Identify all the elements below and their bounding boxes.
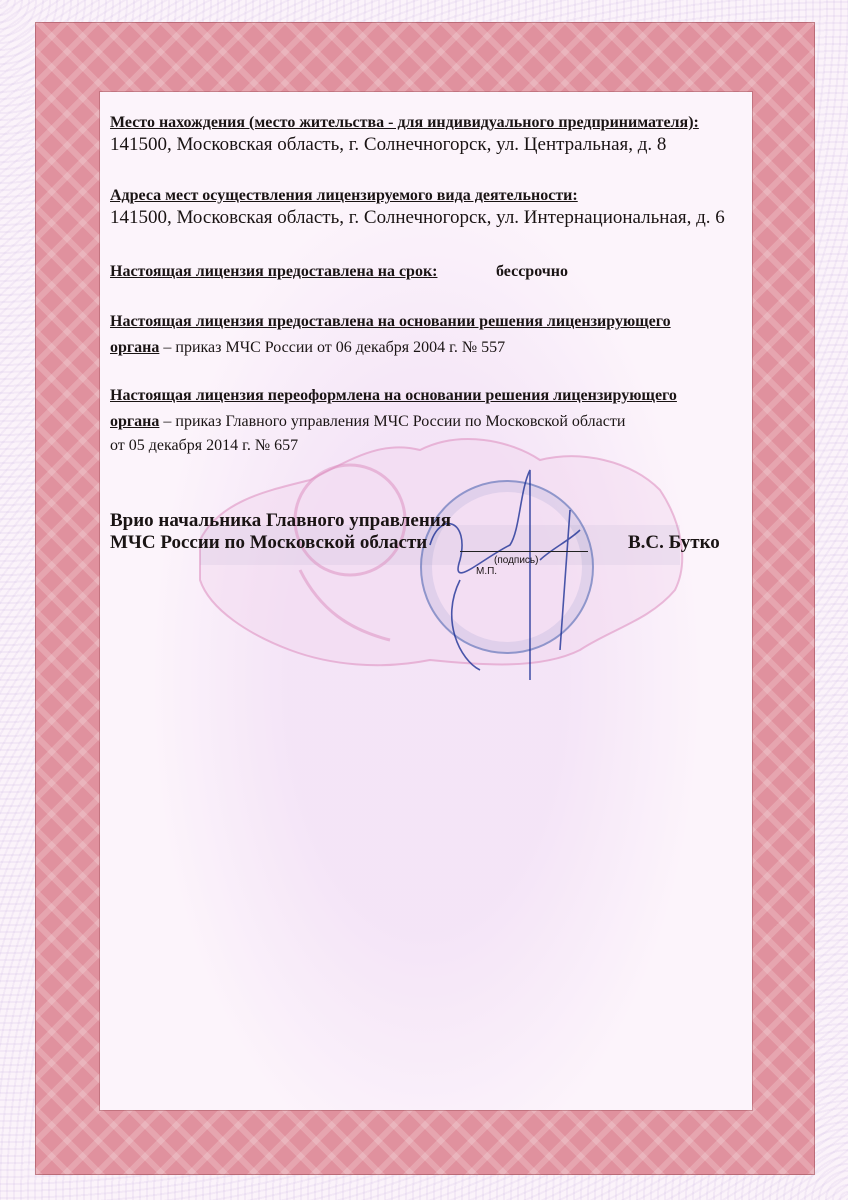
term-label: Настоящая лицензия предоставлена на срок… [110,263,438,280]
signer-name: В.С. Бутко [628,532,720,554]
reissued-basis-label-cont: органа [110,413,159,430]
reissued-basis-date: от 05 декабря 2014 г. № 657 [110,435,750,457]
signer-position-line1: Врио начальника Главного управления [110,510,750,532]
handwritten-signature [420,450,610,690]
granted-basis-label: Настоящая лицензия предоставлена на осно… [110,311,750,333]
activity-address-label: Адреса мест осуществления лицензируемого… [110,185,750,207]
reissued-basis-label: Настоящая лицензия переоформлена на осно… [110,385,750,407]
granted-basis-label-cont: органа [110,339,159,356]
location-label: Место нахождения (место жительства - для… [110,112,750,134]
signature-caption: (подпись) [494,555,538,566]
location-value: 141500, Московская область, г. Солнечног… [110,134,750,156]
granted-basis-value: – приказ МЧС России от 06 декабря 2004 г… [159,339,505,356]
activity-address-value: 141500, Московская область, г. Солнечног… [110,207,750,229]
seal-mark: М.П. [476,566,497,577]
reissued-basis-value: – приказ Главного управления МЧС России … [159,413,625,430]
signature-line [460,551,588,552]
term-value: бессрочно [496,263,568,280]
